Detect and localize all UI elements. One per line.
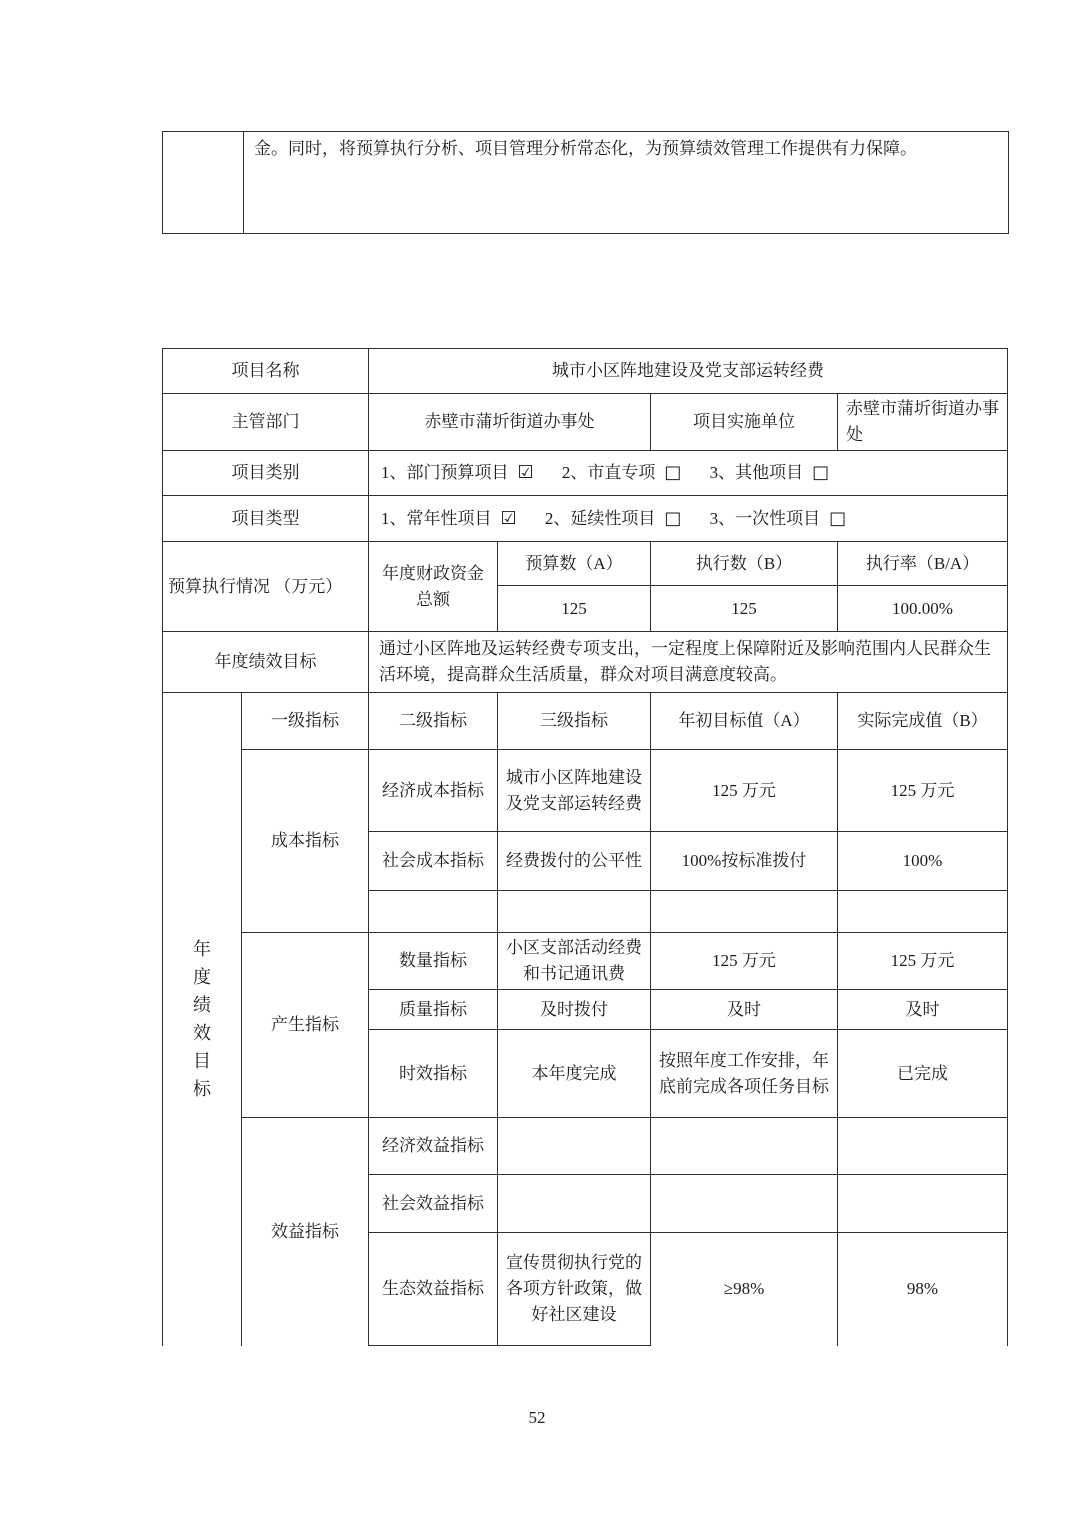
page-number: 52 — [0, 1408, 1074, 1428]
performance-table: 项目名称 城市小区阵地建设及党支部运转经费 主管部门 赤壁市蒲圻街道办事处 项目… — [162, 348, 1008, 1346]
indicator-actual: 及时 — [838, 990, 1008, 1030]
header-level1: 一级指标 — [242, 693, 369, 750]
checkbox-unchecked-icon: □ — [664, 508, 681, 529]
indicator-actual: 98% — [838, 1233, 1008, 1346]
indicator-target: 125 万元 — [651, 750, 838, 832]
indicator-level2: 时效指标 — [369, 1030, 498, 1118]
checkbox-unchecked-icon: □ — [829, 508, 846, 529]
type-option: 1、常年性项目☑ — [381, 509, 517, 528]
type-label: 项目类型 — [163, 496, 369, 542]
indicator-level2: 经济效益指标 — [369, 1118, 498, 1175]
indicator-level3 — [498, 1175, 651, 1233]
header-level3: 三级指标 — [498, 693, 651, 750]
type-option: 3、一次性项目□ — [710, 509, 847, 528]
indicator-actual: 100% — [838, 832, 1008, 891]
indicator-target: ≥98% — [651, 1233, 838, 1346]
row-department: 主管部门 赤壁市蒲圻街道办事处 项目实施单位 赤壁市蒲圻街道办事处 — [163, 394, 1008, 451]
budget-value-b: 125 — [651, 586, 838, 632]
category-label: 项目类别 — [163, 451, 369, 496]
indicator-target: 按照年度工作安排，年底前完成各项任务目标 — [651, 1030, 838, 1118]
department-value: 赤壁市蒲圻街道办事处 — [369, 394, 651, 451]
category-option: 3、其他项目□ — [710, 463, 830, 482]
indicator-target: 100%按标准拨付 — [651, 832, 838, 891]
group-output-label: 产生指标 — [242, 933, 369, 1118]
checkbox-checked-icon: ☑ — [518, 462, 534, 483]
impl-unit-label: 项目实施单位 — [651, 394, 838, 451]
row-indicator-headers: 年度绩效目标 一级指标 二级指标 三级指标 年初目标值（A） 实际完成值（B） — [163, 693, 1008, 750]
indicator-target: 125 万元 — [651, 933, 838, 990]
row-annual-goal: 年度绩效目标 通过小区阵地及运转经费专项支出，一定程度上保障附近及影响范围内人民… — [163, 632, 1008, 693]
type-option: 2、延续性项目□ — [545, 509, 682, 528]
type-options: 1、常年性项目☑ 2、延续性项目□ 3、一次性项目□ — [369, 496, 1008, 542]
indicator-row: 效益指标 经济效益指标 — [163, 1118, 1008, 1175]
indicator-actual: 已完成 — [838, 1030, 1008, 1118]
header-level2: 二级指标 — [369, 693, 498, 750]
project-name-label: 项目名称 — [163, 349, 369, 394]
checkbox-checked-icon: ☑ — [501, 508, 517, 529]
budget-col-rate: 执行率（B/A） — [838, 542, 1008, 586]
indicator-target: 及时 — [651, 990, 838, 1030]
indicator-level3 — [498, 891, 651, 933]
indicator-level2: 社会成本指标 — [369, 832, 498, 891]
indicator-actual — [838, 891, 1008, 933]
project-name-value: 城市小区阵地建设及党支部运转经费 — [369, 349, 1008, 394]
header-target: 年初目标值（A） — [651, 693, 838, 750]
department-label: 主管部门 — [163, 394, 369, 451]
indicator-actual — [838, 1118, 1008, 1175]
indicator-level3: 宣传贯彻执行党的各项方针政策，做好社区建设 — [498, 1233, 651, 1346]
group-benefit-label: 效益指标 — [242, 1118, 369, 1346]
indicator-level2: 质量指标 — [369, 990, 498, 1030]
checkbox-unchecked-icon: □ — [812, 462, 829, 483]
header-actual: 实际完成值（B） — [838, 693, 1008, 750]
budget-value-rate: 100.00% — [838, 586, 1008, 632]
indicator-actual: 125 万元 — [838, 933, 1008, 990]
indicator-level2: 社会效益指标 — [369, 1175, 498, 1233]
budget-label: 预算执行情况 （万元） — [163, 542, 369, 632]
impl-unit-value: 赤壁市蒲圻街道办事处 — [838, 394, 1008, 451]
indicator-level2: 经济成本指标 — [369, 750, 498, 832]
budget-col-b: 执行数（B） — [651, 542, 838, 586]
indicator-actual: 125 万元 — [838, 750, 1008, 832]
row-type: 项目类型 1、常年性项目☑ 2、延续性项目□ 3、一次性项目□ — [163, 496, 1008, 542]
budget-fund-label: 年度财政资金总额 — [369, 542, 498, 632]
indicator-level3: 及时拨付 — [498, 990, 651, 1030]
group-cost-label: 成本指标 — [242, 750, 369, 933]
indicator-level3: 经费拨付的公平性 — [498, 832, 651, 891]
fragment-empty-cell — [163, 132, 244, 234]
indicators-side-label-cell: 年度绩效目标 — [163, 693, 242, 1346]
checkbox-unchecked-icon: □ — [664, 462, 681, 483]
indicator-actual — [838, 1175, 1008, 1233]
row-project-name: 项目名称 城市小区阵地建设及党支部运转经费 — [163, 349, 1008, 394]
budget-col-a: 预算数（A） — [498, 542, 651, 586]
row-category: 项目类别 1、部门预算项目☑ 2、市直专项□ 3、其他项目□ — [163, 451, 1008, 496]
indicators-side-label: 年度绩效目标 — [192, 935, 212, 1103]
indicator-level2: 数量指标 — [369, 933, 498, 990]
indicator-level3: 城市小区阵地建设及党支部运转经费 — [498, 750, 651, 832]
budget-value-a: 125 — [498, 586, 651, 632]
fragment-text: 金。同时，将预算执行分析、项目管理分析常态化，为预算绩效管理工作提供有力保障。 — [244, 132, 1009, 234]
annual-goal-text: 通过小区阵地及运转经费专项支出，一定程度上保障附近及影响范围内人民群众生活环境，… — [369, 632, 1008, 693]
annual-goal-label: 年度绩效目标 — [163, 632, 369, 693]
indicator-level2 — [369, 891, 498, 933]
fragment-table: 金。同时，将预算执行分析、项目管理分析常态化，为预算绩效管理工作提供有力保障。 — [162, 131, 1009, 234]
category-option: 2、市直专项□ — [562, 463, 682, 482]
row-budget-header: 预算执行情况 （万元） 年度财政资金总额 预算数（A） 执行数（B） 执行率（B… — [163, 542, 1008, 586]
indicator-target — [651, 891, 838, 933]
category-options: 1、部门预算项目☑ 2、市直专项□ 3、其他项目□ — [369, 451, 1008, 496]
indicator-level3: 本年度完成 — [498, 1030, 651, 1118]
indicator-level2: 生态效益指标 — [369, 1233, 498, 1346]
indicator-level3: 小区支部活动经费和书记通讯费 — [498, 933, 651, 990]
indicator-row: 产生指标 数量指标 小区支部活动经费和书记通讯费 125 万元 125 万元 — [163, 933, 1008, 990]
indicator-target — [651, 1118, 838, 1175]
category-option: 1、部门预算项目☑ — [381, 463, 534, 482]
indicator-row: 成本指标 经济成本指标 城市小区阵地建设及党支部运转经费 125 万元 125 … — [163, 750, 1008, 832]
indicator-level3 — [498, 1118, 651, 1175]
indicator-target — [651, 1175, 838, 1233]
